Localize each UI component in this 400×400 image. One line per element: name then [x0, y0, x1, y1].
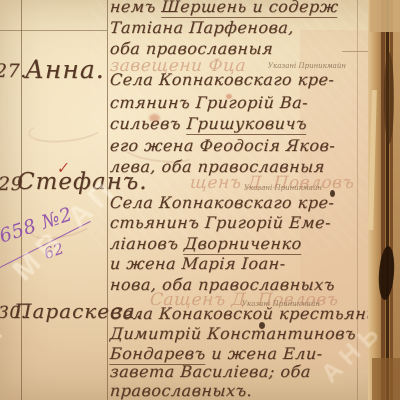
line-text: завета Василіева; оба	[109, 362, 311, 381]
register-line: Татіана Парфенова,	[109, 18, 294, 37]
register-line: православныхъ.	[109, 381, 253, 400]
line-text: ліановъ	[109, 234, 184, 253]
line-text: стьянинъ Григорій Еме-	[109, 213, 331, 232]
line-text: Татіана Парфенова,	[109, 18, 294, 37]
register-line: Села Копнаковскаго кре-	[109, 193, 335, 212]
register-line: сильевъ Гришуковичъ	[109, 114, 308, 133]
line-text: православныхъ.	[109, 381, 253, 400]
register-line: и жена Марія Іоан-	[109, 254, 286, 273]
edge-dark-streak	[384, 52, 394, 144]
line-text: Димитрій Константиновъ	[109, 324, 357, 343]
archival-number-annotation: 658 №2	[0, 203, 75, 247]
line-text: немъ	[109, 0, 162, 16]
line-text: и жена Марія Іоан-	[109, 254, 286, 273]
ink-blot	[259, 322, 265, 329]
register-line: Димитрій Константиновъ	[109, 324, 357, 343]
register-line: завета Василіева; оба	[109, 362, 311, 381]
page-edge-bottom	[372, 358, 400, 400]
line-text: Села Копнаковскаго кре-	[109, 70, 335, 89]
entry-name: Анна.	[25, 55, 105, 84]
register-line: немъ Шершень и содерж	[109, 0, 339, 16]
register-line: Села Копнаковскаго кре-	[109, 70, 335, 89]
pencil-annotation: Указані Приникмайн	[242, 300, 320, 308]
register-line: Бондаревъ и жена Ели-	[109, 344, 323, 363]
page-edge-outer	[393, 0, 400, 400]
column-rule-name	[107, 0, 108, 400]
rust-stain	[149, 114, 160, 122]
line-text: Села Копнаковскаго кре-	[109, 193, 335, 212]
line-text: и жена Ели-	[205, 344, 323, 363]
underlined-text: Шершень и содерж	[161, 0, 339, 18]
register-line: стянинъ Григорій Ва-	[109, 93, 309, 112]
rust-stain	[226, 94, 232, 99]
entry-number: 27.	[0, 60, 27, 82]
line-text: стянинъ Григорій Ва-	[109, 93, 309, 112]
page-edge-streak	[381, 0, 385, 400]
underlined-surname: Гришуковичъ	[186, 114, 308, 135]
page-edge-corner	[370, 0, 400, 32]
row-divider	[0, 30, 107, 31]
ink-blot	[330, 190, 335, 197]
underlined-surname: Дворниченко	[183, 234, 302, 255]
line-text: его жена Феодосія Яков-	[109, 136, 336, 155]
pencil-annotation: Указані Приникмайн	[268, 62, 346, 70]
pencil-annotation: Указані Приникмайн	[244, 184, 322, 192]
bleedthrough-stroke	[27, 114, 105, 146]
register-line: ліановъ Дворниченко	[109, 234, 302, 253]
register-line: стьянинъ Григорій Еме-	[109, 213, 331, 232]
register-line: его жена Феодосія Яков-	[109, 136, 336, 155]
register-page: 27. Анна. ✓ 29 Стефанъ. 658 №2 62 30. Па…	[0, 0, 400, 400]
